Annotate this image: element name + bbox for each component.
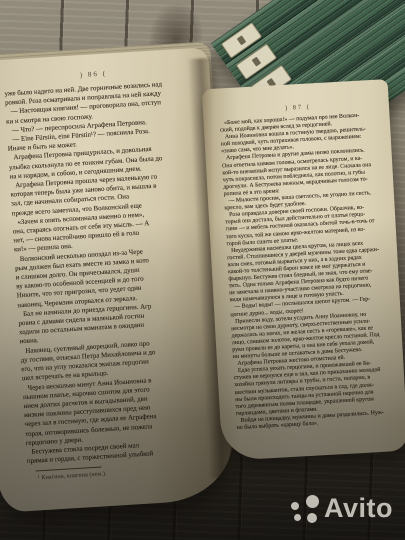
shadow-overlay xyxy=(0,0,405,540)
watermark-text: Avito xyxy=(324,493,393,524)
photo: ) 86 ( уже было надето на ней. Две горни… xyxy=(0,0,405,540)
avito-watermark: Avito xyxy=(291,493,393,524)
avito-logo-icon xyxy=(291,495,319,523)
